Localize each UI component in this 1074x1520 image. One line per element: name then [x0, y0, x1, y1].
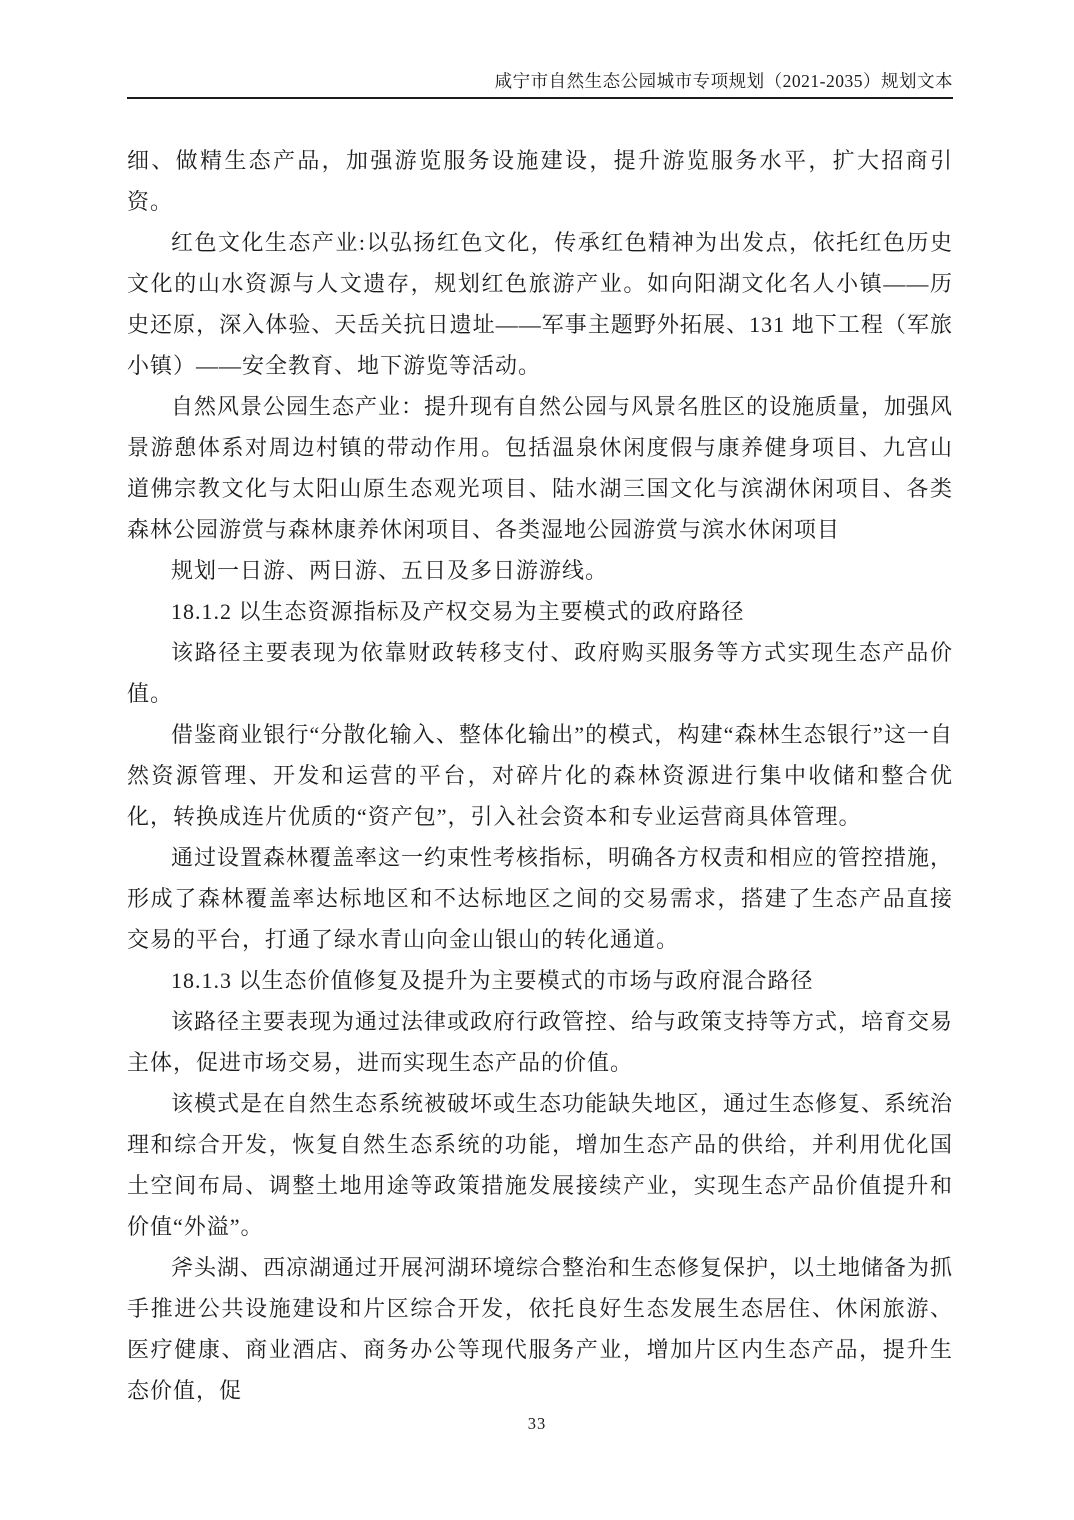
body-paragraph: 该模式是在自然生态系统被破坏或生态功能缺失地区，通过生态修复、系统治理和综合开发…	[127, 1083, 953, 1247]
section-heading-18-1-3: 18.1.3 以生态价值修复及提升为主要模式的市场与政府混合路径	[127, 960, 953, 1001]
body-paragraph: 该路径主要表现为通过法律或政府行政管控、给与政策支持等方式，培育交易主体，促进市…	[127, 1001, 953, 1083]
body-paragraph: 斧头湖、西凉湖通过开展河湖环境综合整治和生态修复保护，以土地储备为抓手推进公共设…	[127, 1247, 953, 1411]
page-number: 33	[0, 1414, 1074, 1434]
body-paragraph: 借鉴商业银行“分散化输入、整体化输出”的模式，构建“森林生态银行”这一自然资源管…	[127, 714, 953, 837]
document-header: 咸宁市自然生态公园城市专项规划（2021-2035）规划文本	[0, 0, 1074, 99]
document-body: 细、做精生态产品，加强游览服务设施建设，提升游览服务水平，扩大招商引资。 红色文…	[0, 99, 1074, 1411]
body-paragraph: 通过设置森林覆盖率这一约束性考核指标，明确各方权责和相应的管控措施，形成了森林覆…	[127, 837, 953, 960]
body-paragraph-continuation: 细、做精生态产品，加强游览服务设施建设，提升游览服务水平，扩大招商引资。	[127, 140, 953, 222]
body-paragraph: 红色文化生态产业:以弘扬红色文化，传承红色精神为出发点，依托红色历史文化的山水资…	[127, 222, 953, 386]
section-heading-18-1-2: 18.1.2 以生态资源指标及产权交易为主要模式的政府路径	[127, 591, 953, 632]
body-paragraph: 规划一日游、两日游、五日及多日游游线。	[127, 550, 953, 591]
running-header-title: 咸宁市自然生态公园城市专项规划（2021-2035）规划文本	[127, 70, 953, 92]
body-paragraph: 该路径主要表现为依靠财政转移支付、政府购买服务等方式实现生态产品价值。	[127, 632, 953, 714]
document-page: 咸宁市自然生态公园城市专项规划（2021-2035）规划文本 细、做精生态产品，…	[0, 0, 1074, 1520]
body-paragraph: 自然风景公园生态产业：提升现有自然公园与风景名胜区的设施质量，加强风景游憩体系对…	[127, 386, 953, 550]
